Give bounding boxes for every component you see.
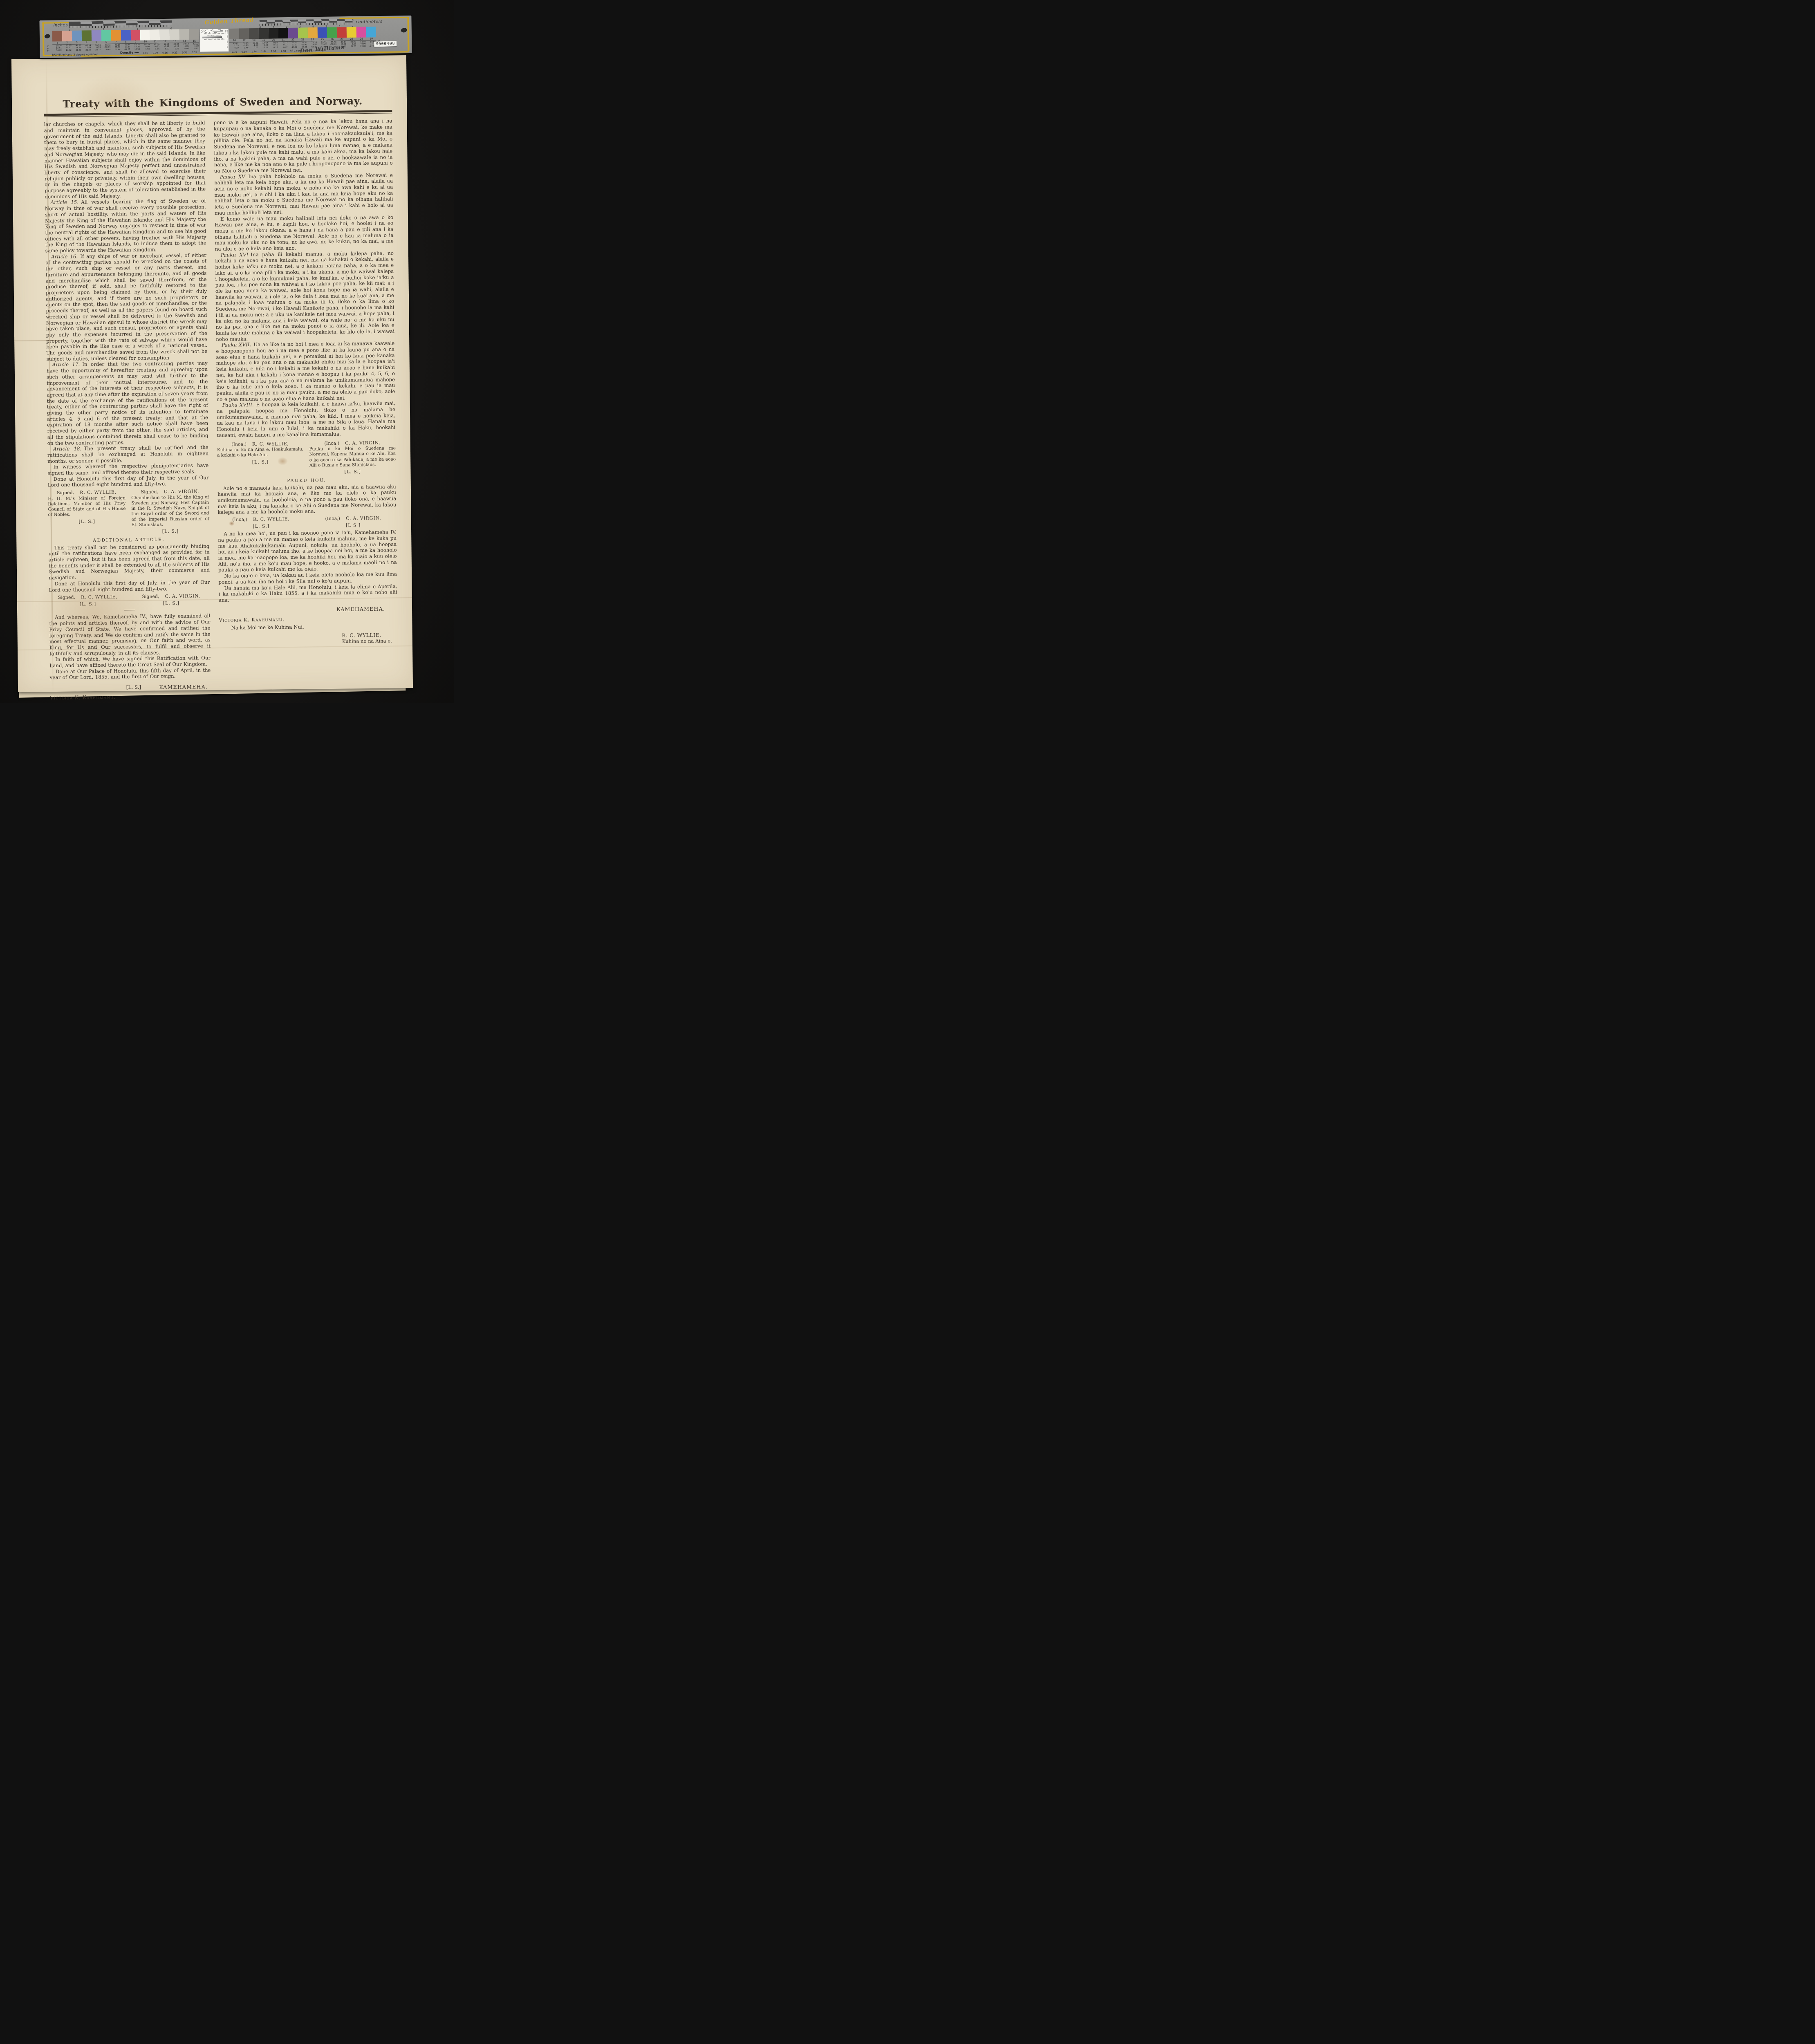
- signature-virgin-2-hi: (Inoa,)C. A. VIRGIN. [L S ]: [310, 515, 397, 528]
- lab-values: 28.60 -1.09 0.07: [249, 42, 259, 49]
- color-swatch: [239, 28, 249, 39]
- density-value: 2.38: [278, 50, 288, 53]
- registration-dot-left: [44, 34, 51, 38]
- density-value: 1.64: [259, 51, 269, 54]
- color-swatch: [337, 27, 347, 38]
- signed-label: Signed,: [57, 490, 74, 496]
- color-patch-column: 16 49.61 -1.29 -0.10 0.75: [229, 29, 240, 54]
- lab-b: 17.92: [62, 49, 72, 52]
- color-swatch: [327, 27, 337, 38]
- pauku-16: Pauku XVI Ina paha ili kekahi manua, a m…: [215, 250, 394, 342]
- color-swatch: [92, 30, 101, 41]
- lab-b: 0.56: [170, 48, 179, 50]
- done-1852-paragraph-2: Done at Honolulu this first day of July,…: [49, 579, 210, 593]
- lab-values: 30.32 22.13 -19.02: [288, 42, 298, 49]
- signer-name: R. C. WYLLIE,: [253, 516, 290, 522]
- color-swatch: [229, 29, 239, 39]
- lab-b: 1.46: [150, 48, 160, 51]
- color-swatch: [259, 28, 269, 39]
- lab-values: 40.08 10.25 -44.77: [121, 44, 131, 51]
- witness-paragraph: In witness whereof the respective plenip…: [47, 462, 208, 476]
- color-swatch: [52, 31, 62, 41]
- lab-b: 78.75: [347, 45, 356, 48]
- pauku-15-lead: Pauku XV.: [220, 174, 246, 180]
- lab-values: 92.09 -0.92 1.46: [150, 43, 160, 51]
- inoa-label: (Inoa,): [231, 442, 246, 447]
- signer-description: Puuku o ka Moi o Suedena me Norewai, Kap…: [309, 446, 396, 468]
- treaty-document-page: Treaty with the Kingdoms of Sweden and N…: [11, 55, 413, 692]
- color-patch-column: 1 38.76 13.81 14.69: [52, 31, 63, 56]
- additional-article-heading: ADDITIONAL ARTICLE.: [48, 537, 209, 543]
- lab-values: 49.61 -1.29 -0.10: [229, 43, 239, 50]
- signer-description: H. H. M.'s Minister of Foreign Relations…: [48, 495, 126, 518]
- density-value: 0.52: [190, 52, 199, 54]
- lab-values: 72.17 -1.05 -0.04: [179, 43, 189, 50]
- signature-wyllie-2-hi: (Inoa,)R. C. WYLLIE, [L. S.]: [218, 516, 305, 529]
- illuminant-note: D50 Illuminant, 2 degree observer: [52, 53, 98, 56]
- pauku-hou-heading: PAUKU HOU.: [217, 477, 396, 484]
- resolution-wedge: [201, 29, 223, 33]
- article-18-lead: Article 18.: [53, 446, 82, 452]
- article-15: Article 15. All vessels bearing the flag…: [45, 198, 206, 254]
- density-value: [357, 49, 367, 52]
- hanaia-paragraph: Ua hanaia ma ko'u Hale Alii, ma Honolulu…: [218, 583, 397, 603]
- article-17: Article 17. In order that the two contra…: [47, 361, 208, 446]
- lab-values: 82.02 3.28 78.75: [347, 41, 356, 48]
- lab-b: -0.48: [239, 47, 249, 49]
- ratification-paragraph: And whereas, We, Kamehameha IV., have fu…: [49, 613, 211, 657]
- pauku-17-lead: Pauku XVII.: [222, 342, 251, 348]
- lab-b: -0.04: [180, 48, 189, 50]
- color-swatch: [101, 30, 111, 41]
- color-swatch: [160, 29, 170, 40]
- lab-values: 82.37 -1.12 0.56: [170, 43, 179, 50]
- lab-b: -12.85: [357, 45, 366, 48]
- seal-mark: [L. S.]: [48, 518, 126, 525]
- color-swatch: [179, 29, 189, 40]
- color-swatch: [72, 31, 82, 41]
- color-patch-column: 10 95.34 -0.90 1.90 0.05: [140, 29, 150, 55]
- golden-thread-script: Golden Thread: [204, 17, 254, 26]
- dpi-numbers-bottom: 500 600 700 800 850: [200, 38, 229, 40]
- color-patch-column: 17 38.89 -0.23 -0.48 0.98: [239, 28, 249, 54]
- kamehameha-signature: KAMEHAMEHA.: [159, 684, 208, 690]
- lab-values: 52.85 49.90 -12.85: [356, 40, 366, 48]
- yellow-accent: [43, 22, 45, 55]
- color-swatch: [366, 27, 376, 37]
- color-patch-column: 28 82.02 3.28 78.75: [347, 27, 357, 52]
- inoa-label: (Inoa,): [324, 440, 339, 446]
- color-swatch: [307, 27, 317, 38]
- calibration-color-bar: inches 3210 Golden Thread 01234567 centi…: [39, 16, 412, 58]
- density-value: 0.09: [150, 52, 160, 55]
- lab-b: 0.09: [259, 47, 268, 49]
- target-id-label: M000408: [374, 41, 397, 47]
- lab-values: 49.61 -4.20 -21.33: [72, 45, 82, 52]
- ratification-paragraph-hi: A no ka mea hoi, ua pau i ka noonoo pono…: [218, 529, 397, 573]
- article-15-lead: Article 15.: [51, 199, 79, 206]
- english-column: lar churches or chapels, which they shal…: [44, 120, 211, 703]
- signer-name: C. A. VIRGIN.: [165, 594, 201, 599]
- kamehameha-signature-hi: KAMEHAMEHA.: [219, 605, 397, 614]
- resolution-target-box: 200 300 400 500 550 dots per inch (optic…: [200, 29, 229, 52]
- color-swatch: [278, 28, 288, 38]
- lab-values: 55.52 8.78 -24.31: [92, 44, 101, 52]
- color-swatch: [288, 28, 298, 38]
- signer-name: R. C. WYLLIE,: [80, 490, 117, 496]
- color-patch-column: 15 62.32 -1.10 -0.01 0.52: [189, 29, 199, 54]
- density-value: [367, 49, 376, 52]
- continuation-paragraph: lar churches or chapels, which they shal…: [44, 120, 206, 199]
- color-swatch: [269, 28, 278, 38]
- lab-b: 0.25: [269, 47, 278, 49]
- color-swatch: [121, 30, 130, 40]
- resolution-target: 200 300 400 500 550 dots per inch (optic…: [199, 29, 230, 54]
- faith-paragraph: In faith of which, We have signed this R…: [49, 655, 211, 669]
- section-divider: [124, 610, 135, 610]
- density-value: 0.98: [239, 51, 249, 54]
- lab-b: -21.33: [72, 49, 81, 52]
- color-swatch: [189, 29, 199, 40]
- signature-wyllie: Signed,R. C. WYLLIE, H. H. M.'s Minister…: [48, 489, 126, 535]
- pauku-18-lead: Pauku XVIII.: [222, 402, 254, 408]
- inches-label: inches: [54, 23, 68, 27]
- color-patch-column: 3 49.61 -4.20 -21.33: [72, 31, 82, 56]
- lab-values: 38.76 13.81 14.69: [52, 45, 62, 52]
- signature-block-1: Signed,R. C. WYLLIE, H. H. M.'s Minister…: [48, 489, 209, 536]
- seal-mark: [L. S.]: [218, 523, 305, 529]
- oiaio-paragraph: No ka oiaio o keia, ua kakau au i keia o…: [218, 571, 397, 585]
- color-patch-column: 20 9.50 0.45 0.25 1.96: [269, 28, 279, 53]
- registration-dot-right: [401, 27, 408, 33]
- lab-b: -0.01: [189, 47, 199, 50]
- signature-block-2-hi: (Inoa,)R. C. WYLLIE, [L. S.] (Inoa,)C. A…: [218, 515, 397, 529]
- lab-values: 63.13 35.43 57.84: [111, 44, 121, 51]
- signature-virgin: Signed,C. A. VIRGIN. Chamberlain to His …: [131, 489, 209, 534]
- color-patch-column: 21 4.33 0.32 -0.47 2.38: [278, 28, 288, 53]
- lab-values: 70.42 -32.39 -0.48: [101, 44, 111, 52]
- centimeters-label: centimeters: [356, 20, 383, 25]
- pauku-15: Pauku XV. Ina paha holoholo na moku o Su…: [214, 172, 393, 216]
- dpi-numbers-side: 200 300 400 500 550: [225, 30, 229, 52]
- lab-b: 0.97: [160, 48, 170, 50]
- density-value: 0.16: [160, 52, 170, 55]
- lab-b: -19.02: [288, 46, 298, 49]
- signer-name: C. A. VIRGIN.: [164, 489, 199, 495]
- color-swatch: [82, 30, 92, 41]
- lab-axis-label: b*: [47, 50, 49, 53]
- lab-values: 62.32 -1.10 -0.01: [189, 43, 199, 50]
- signer-name: R. C. WYLLIE,: [252, 441, 289, 447]
- palace-paragraph: Done at Our Palace of Honolulu, this fif…: [50, 667, 211, 681]
- lab-values: 95.34 -0.90 1.90: [141, 43, 150, 51]
- signed-label: Signed,: [142, 594, 159, 600]
- continuation-paragraph-hi: pono ia e ke aupuni Hawaii. Pela no e no…: [213, 118, 392, 174]
- color-swatch: [111, 30, 121, 40]
- page-title: Treaty with the Kingdoms of Sweden and N…: [30, 55, 394, 110]
- lab-b: 1.90: [141, 48, 150, 51]
- by-the-king-line: By the King and Kuhina Nui.: [50, 702, 211, 703]
- pauku-17: Pauku XVII. Ua ae like ia no hoi i mea e…: [216, 341, 395, 403]
- color-patch-column: 18 28.60 -1.09 0.07 1.24: [249, 28, 259, 54]
- pauku-18: Pauku XVIII. E hoopaa ia keia kuikahi, a…: [217, 401, 396, 439]
- lab-values: 51.75 47.36 16.93: [131, 44, 141, 51]
- signature-wyllie-hi: (Inoa,)R. C. WYLLIE, Kuhina no ko na Ain…: [217, 441, 304, 476]
- seal-mark: [L S ]: [310, 522, 397, 529]
- color-patch-column: 19 17.97 0.04 0.09 1.64: [259, 28, 269, 54]
- color-patch-column: 11 92.09 -0.92 1.46 0.09: [150, 29, 160, 55]
- lab-values: 43.54 -12.89 22.66: [82, 44, 92, 52]
- additional-article-paragraph: This treaty shall not be considered as p…: [48, 543, 210, 581]
- lab-b: 14.69: [52, 49, 62, 52]
- lab-values: 86.92 -1.12 0.97: [160, 43, 170, 51]
- color-swatch: [249, 28, 259, 39]
- color-swatch: [62, 31, 72, 41]
- yellow-accent: [407, 17, 409, 51]
- signed-label: Signed,: [141, 489, 158, 495]
- color-swatch: [298, 27, 307, 38]
- color-patch-column: 13 82.37 -1.12 0.56 0.22: [170, 29, 180, 54]
- signer-name: C. A. VIRGIN.: [346, 515, 381, 521]
- mail-ships-paragraph: E komo wale ua mau moku halihali leta ne…: [215, 214, 394, 252]
- density-value: [347, 49, 357, 52]
- article-16-lead: Article 16.: [51, 253, 78, 260]
- density-value: 0.75: [230, 51, 240, 54]
- signature-virgin-hi: (Inoa,)C. A. VIRGIN, Puuku o ka Moi o Su…: [309, 440, 396, 475]
- signature-block-1-hi: (Inoa,)R. C. WYLLIE, Kuhina no ko na Ain…: [217, 440, 396, 476]
- lab-values: 17.97 0.04 0.09: [259, 42, 269, 49]
- lab-values: 65.15 19.21 17.92: [62, 45, 72, 52]
- seal-mark: [L. S.]: [126, 684, 141, 690]
- victoria-signature: Victoria K. Kaahumanu.: [50, 693, 211, 701]
- color-patch-column: 2 65.15 19.21 17.92: [62, 31, 72, 56]
- lab-values: 9.50 0.45 0.25: [269, 42, 278, 49]
- seal-mark: [L. S.]: [217, 459, 304, 465]
- seal-mark: [L. S.]: [309, 468, 396, 475]
- lab-b: -0.47: [278, 47, 288, 49]
- article-16: Article 16. If any ships of war or merch…: [45, 252, 208, 362]
- signed-label: Signed,: [58, 595, 75, 601]
- lab-b: -0.10: [229, 47, 239, 49]
- color-patch-column: 12 86.92 -1.12 0.97 0.16: [160, 29, 170, 55]
- seal-mark: [L. S.]: [132, 528, 209, 535]
- pauku-hou-paragraph: Aole no e manaoia keia kuikahi, ua paa m…: [217, 484, 397, 515]
- article-17-lead: Article 17.: [52, 362, 80, 368]
- minister-signature-hi: R. C. WYLLIE, Kuhina no na Aina e.: [219, 632, 398, 645]
- color-patch-column: 14 72.17 -1.05 -0.04 0.36: [179, 29, 190, 54]
- inoa-label: (Inoa,): [232, 517, 247, 522]
- density-value: 0.36: [180, 52, 190, 54]
- lab-b: 0.07: [249, 47, 258, 49]
- signer-description: Chamberlain to His M. the King of Sweden…: [131, 495, 209, 528]
- inoa-label: (Inoa,): [325, 516, 340, 522]
- hawaiian-column: pono ia e ke aupuni Hawaii. Pela no e no…: [213, 118, 398, 703]
- gray-wedge-bar: [202, 36, 222, 38]
- color-patch-column: 30 50.86 -27.78 -27.68: [366, 27, 376, 52]
- color-swatch: [356, 27, 366, 37]
- density-value: 0.22: [170, 52, 180, 54]
- archival-scan: inches 3210 Golden Thread 01234567 centi…: [0, 0, 454, 703]
- color-swatch: [130, 30, 140, 40]
- color-swatch: [140, 29, 150, 40]
- density-value: 1.24: [249, 51, 259, 54]
- na-ka-moi-line: Na ka Moi me ke Kuhina Nui.: [219, 623, 397, 631]
- color-swatch: [170, 29, 179, 40]
- seal-mark: [L. S.]: [132, 600, 210, 607]
- lab-values: 4.33 0.32 -0.47: [278, 42, 288, 49]
- two-column-text: lar churches or chapels, which they shal…: [44, 118, 399, 703]
- color-swatch: [317, 27, 327, 38]
- done-1852-paragraph: Done at Honolulu this first day of July,…: [48, 475, 209, 489]
- pauku-16-lead: Pauku XVI: [221, 252, 248, 258]
- victoria-signature-hi: Victoria K. Kaahumanu.: [219, 615, 397, 623]
- article-18: Article 18. The present treaty shall be …: [47, 444, 208, 464]
- color-patch-column: 29 52.85 49.90 -12.85: [356, 27, 367, 52]
- lab-values: 38.89 -0.23 -0.48: [239, 42, 249, 49]
- density-value: 0.05: [141, 52, 150, 55]
- lab-row-labels-left: L*a*b*: [47, 46, 49, 53]
- signer-name: R. C. WYLLIE,: [81, 594, 118, 601]
- royal-signature-row: [L. S.] KAMEHAMEHA.: [50, 684, 211, 691]
- signer-name: C. A. VIRGIN,: [345, 440, 381, 446]
- density-value: 1.96: [269, 50, 278, 53]
- color-swatch: [150, 29, 160, 40]
- seal-mark: [L. S.]: [49, 601, 127, 607]
- color-swatch: [347, 27, 356, 38]
- signer-description: Kuhina no ko na Aina e, Hoakukamalu, a k…: [217, 447, 304, 459]
